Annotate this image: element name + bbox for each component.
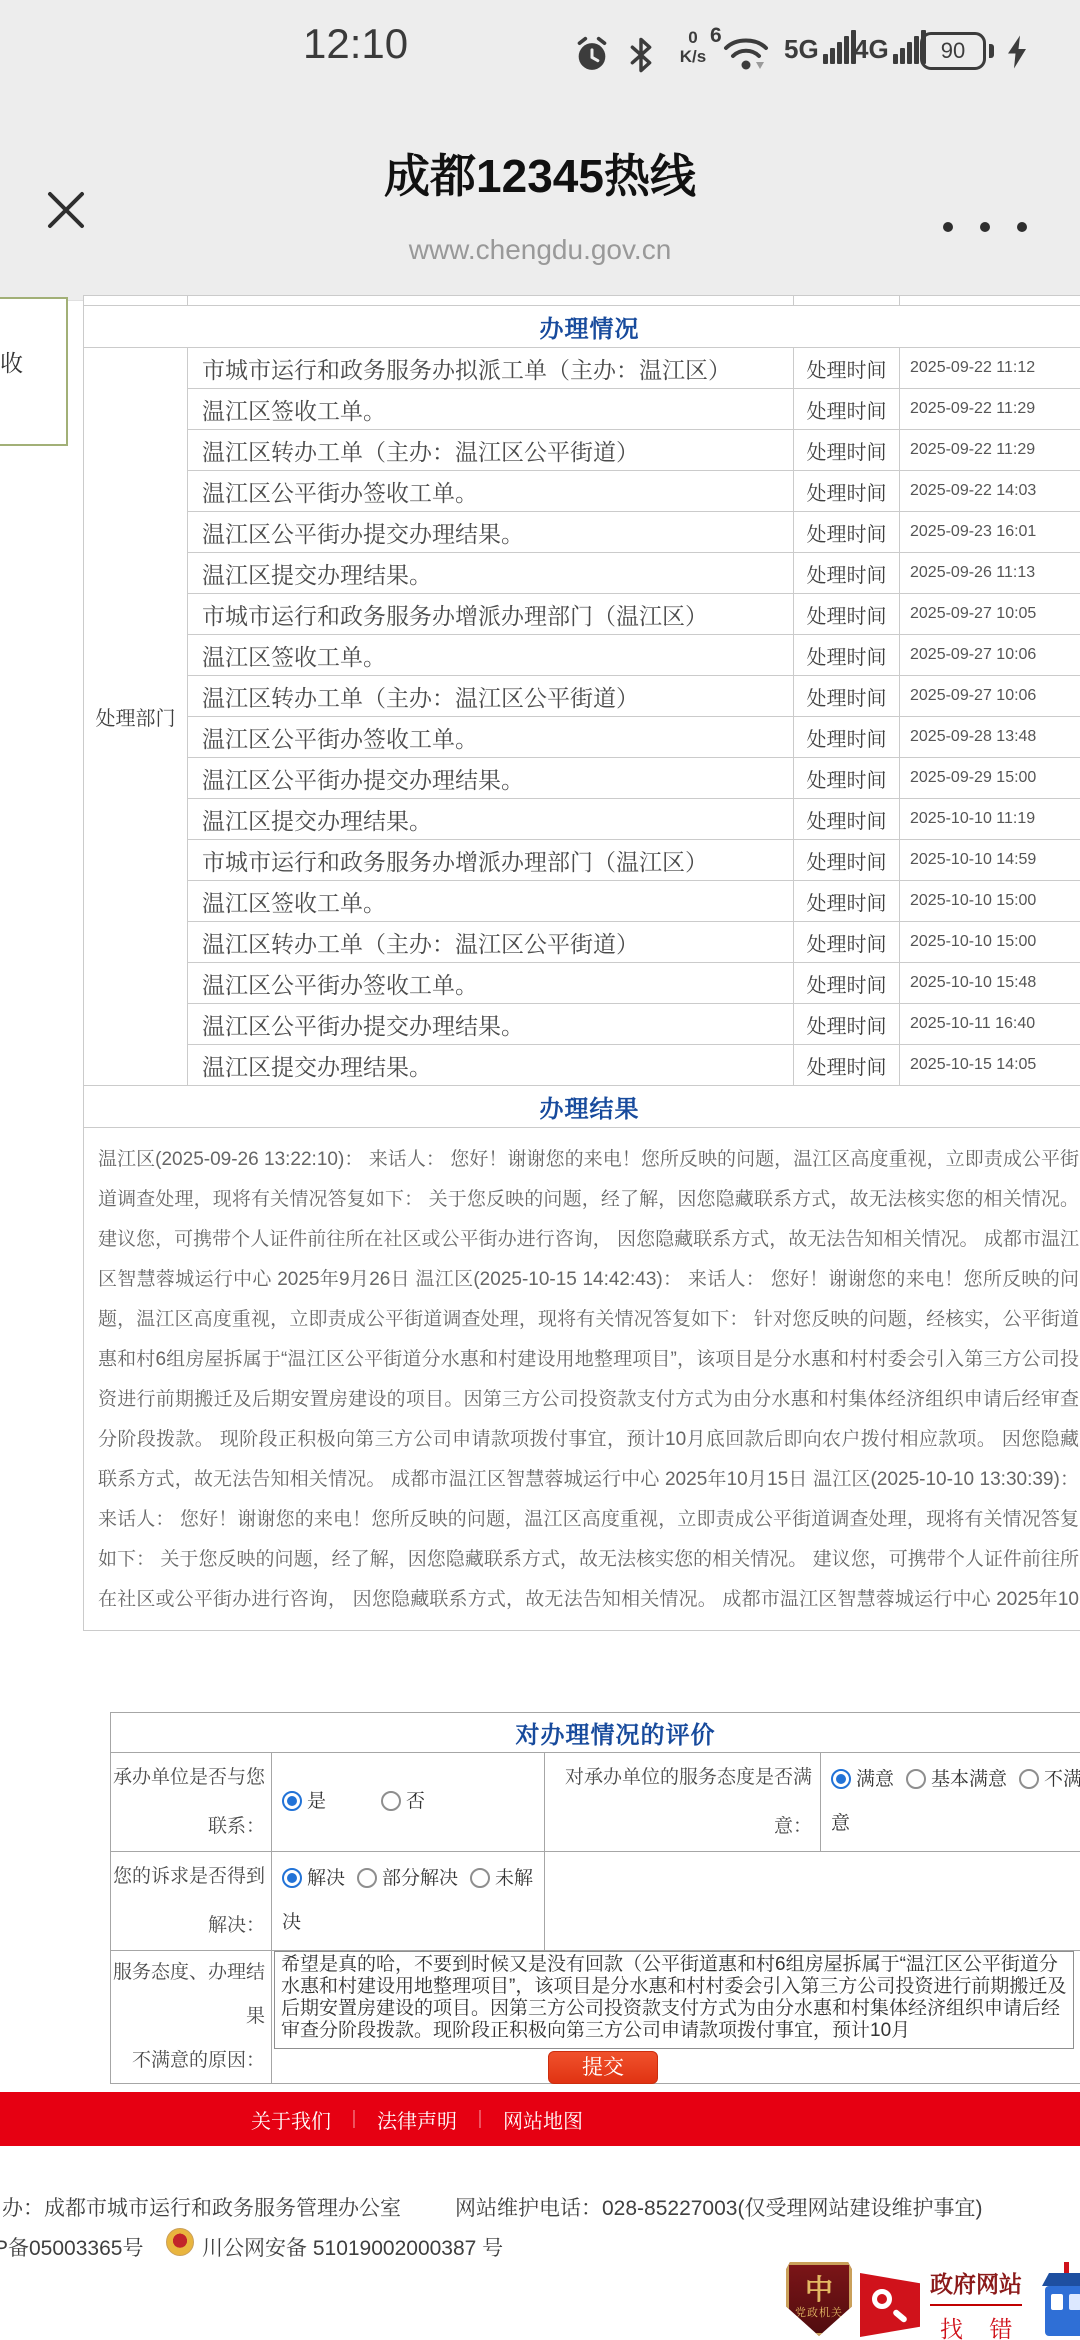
- table-row: 市城市运行和政务服务办增派办理部门（温江区）处理时间2025-09-27 10:…: [84, 594, 1080, 635]
- time-label: 处理时间: [794, 553, 900, 594]
- row-description: 温江区提交办理结果。: [188, 1045, 794, 1086]
- clipped-row: [84, 296, 1080, 306]
- footer-organizer: 办：成都市城市运行和政务服务管理办公室: [2, 2192, 401, 2222]
- find-error-badge[interactable]: 政府网站 找 错: [860, 2266, 1022, 2340]
- row-timestamp: 2025-09-22 11:12: [900, 348, 1080, 389]
- radio-unselected-icon[interactable]: [381, 1791, 401, 1811]
- row-timestamp: 2025-10-10 14:59: [900, 840, 1080, 881]
- signal-5g: 5G: [784, 30, 858, 64]
- charging-bolt-icon: [1004, 34, 1030, 70]
- fragment-text: 收: [0, 345, 23, 378]
- time-label: 处理时间: [794, 881, 900, 922]
- q4-label: 服务态度、办理结果 不满意的原因：: [111, 1951, 272, 2084]
- battery-nub: [989, 44, 994, 58]
- signal-4g: 4G: [854, 30, 928, 64]
- police-emblem-icon: [166, 2228, 194, 2256]
- evaluation-table: 对办理情况的评价 承办单位是否与您联系： 是否 对承办单位的服务态度是否满意： …: [110, 1712, 1080, 2084]
- link-separator: ｜: [471, 2106, 489, 2132]
- section-title-evaluation: 对办理情况的评价: [111, 1713, 1080, 1753]
- submit-button[interactable]: 提交: [548, 2051, 658, 2084]
- row-timestamp: 2025-10-15 14:05: [900, 1045, 1080, 1086]
- row-description: 温江区公平街办签收工单。: [188, 471, 794, 512]
- party-gov-badge[interactable]: 中 党政机关: [786, 2262, 852, 2336]
- table-row: 温江区公平街办提交办理结果。处理时间2025-10-11 16:40: [84, 1004, 1080, 1045]
- row-description: 温江区签收工单。: [188, 635, 794, 676]
- kiosk-badge-icon: [1040, 2262, 1080, 2338]
- badge-find-error-text: 找 错: [930, 2311, 1022, 2340]
- row-description: 温江区转办工单（主办：温江区公平街道）: [188, 676, 794, 717]
- table-row: 温江区提交办理结果。处理时间2025-10-10 11:19: [84, 799, 1080, 840]
- radio-selected-icon[interactable]: [282, 1791, 302, 1811]
- radio-option[interactable]: 是: [282, 1791, 326, 1812]
- time-label: 处理时间: [794, 471, 900, 512]
- time-label: 处理时间: [794, 799, 900, 840]
- row-timestamp: 2025-10-10 11:19: [900, 799, 1080, 840]
- badge-emblem: 中: [786, 2268, 852, 2308]
- row-timestamp: 2025-09-27 10:06: [900, 635, 1080, 676]
- q1-label: 承办单位是否与您联系：: [111, 1753, 272, 1852]
- radio-selected-icon[interactable]: [282, 1868, 302, 1888]
- badge-label: 党政机关: [786, 2304, 852, 2320]
- radio-selected-icon[interactable]: [831, 1769, 851, 1789]
- empty-cell: [545, 1852, 1080, 1951]
- radio-option[interactable]: 满意: [831, 1769, 894, 1790]
- row-description: 温江区签收工单。: [188, 881, 794, 922]
- row-description: 温江区公平街办提交办理结果。: [188, 758, 794, 799]
- footer-link[interactable]: 关于我们: [251, 2105, 331, 2134]
- row-description: 市城市运行和政务服务办增派办理部门（温江区）: [188, 840, 794, 881]
- radio-option[interactable]: 解决: [282, 1868, 345, 1889]
- alarm-clock-icon: [572, 34, 612, 74]
- time-label: 处理时间: [794, 758, 900, 799]
- footer-police[interactable]: 川公网安备 51019002000387 号: [202, 2232, 503, 2262]
- row-timestamp: 2025-10-10 15:48: [900, 963, 1080, 1004]
- row-timestamp: 2025-09-26 11:13: [900, 553, 1080, 594]
- row-timestamp: 2025-09-22 14:03: [900, 471, 1080, 512]
- table-row: 温江区提交办理结果。处理时间2025-10-15 14:05: [84, 1045, 1080, 1086]
- time-label: 处理时间: [794, 512, 900, 553]
- footer-link[interactable]: 法律声明: [377, 2105, 457, 2134]
- row-description: 市城市运行和政务服务办拟派工单（主办：温江区）: [188, 348, 794, 389]
- time-label: 处理时间: [794, 1004, 900, 1045]
- q3-options-cell: 解决部分解决未解决: [272, 1852, 545, 1951]
- radio-unselected-icon[interactable]: [357, 1868, 377, 1888]
- row-description: 温江区转办工单（主办：温江区公平街道）: [188, 430, 794, 471]
- row-timestamp: 2025-10-11 16:40: [900, 1004, 1080, 1045]
- footer-link[interactable]: 网站地图: [503, 2105, 583, 2134]
- row-description: 温江区提交办理结果。: [188, 799, 794, 840]
- result-cell: 温江区(2025-09-26 13:22:10)： 来话人： 您好！谢谢您的来电…: [84, 1128, 1080, 1631]
- wifi-icon: 6: [712, 26, 774, 72]
- time-label: 处理时间: [794, 922, 900, 963]
- badge-gov-site-text: 政府网站: [930, 2266, 1022, 2306]
- time-label: 处理时间: [794, 389, 900, 430]
- row-timestamp: 2025-09-28 13:48: [900, 717, 1080, 758]
- radio-unselected-icon[interactable]: [470, 1868, 490, 1888]
- row-description: 温江区提交办理结果。: [188, 553, 794, 594]
- row-timestamp: 2025-09-23 16:01: [900, 512, 1080, 553]
- row-timestamp: 2025-09-29 15:00: [900, 758, 1080, 799]
- q2-label: 对承办单位的服务态度是否满意：: [545, 1753, 821, 1852]
- time-label: 处理时间: [794, 840, 900, 881]
- row-description: 温江区公平街办签收工单。: [188, 717, 794, 758]
- page-title: 成都12345热线: [0, 140, 1080, 206]
- row-description: 温江区公平街办提交办理结果。: [188, 512, 794, 553]
- more-menu-icon[interactable]: [943, 222, 1027, 234]
- table-row: 温江区公平街办提交办理结果。处理时间2025-09-29 15:00: [84, 758, 1080, 799]
- phone-screen: 12:10 0 K/s 6 5G 4G 90: [0, 0, 1080, 2340]
- table-row: 温江区转办工单（主办：温江区公平街道）处理时间2025-10-10 15:00: [84, 922, 1080, 963]
- table-row: 温江区签收工单。处理时间2025-10-10 15:00: [84, 881, 1080, 922]
- time-label: 处理时间: [794, 430, 900, 471]
- radio-unselected-icon[interactable]: [906, 1769, 926, 1789]
- row-timestamp: 2025-10-10 15:00: [900, 881, 1080, 922]
- radio-option[interactable]: 否: [381, 1791, 425, 1812]
- page-url: www.chengdu.gov.cn: [0, 234, 1080, 266]
- footer-links: 关于我们｜法律声明｜网站地图: [0, 2092, 834, 2146]
- time-label: 处理时间: [794, 963, 900, 1004]
- row-timestamp: 2025-10-10 15:00: [900, 922, 1080, 963]
- section-title-processing: 办理情况: [84, 306, 1080, 348]
- bluetooth-icon: [626, 36, 656, 74]
- time-label: 处理时间: [794, 717, 900, 758]
- row-description: 温江区转办工单（主办：温江区公平街道）: [188, 922, 794, 963]
- table-row: 温江区公平街办提交办理结果。处理时间2025-09-23 16:01: [84, 512, 1080, 553]
- table-row: 处理部门市城市运行和政务服务办拟派工单（主办：温江区）处理时间2025-09-2…: [84, 348, 1080, 389]
- row-timestamp: 2025-09-27 10:06: [900, 676, 1080, 717]
- radio-option[interactable]: 基本满意: [906, 1769, 1007, 1790]
- q4-cell: 希望是真的哈，不要到时候又是没有回款（公平街道惠和村6组房屋拆属于“温江区公平街…: [272, 1951, 1080, 2084]
- row-description: 市城市运行和政务服务办增派办理部门（温江区）: [188, 594, 794, 635]
- battery-icon: 90: [920, 32, 986, 70]
- table-row: 温江区转办工单（主办：温江区公平街道）处理时间2025-09-22 11:29: [84, 430, 1080, 471]
- table-row: 市城市运行和政务服务办增派办理部门（温江区）处理时间2025-10-10 14:…: [84, 840, 1080, 881]
- row-timestamp: 2025-09-22 11:29: [900, 389, 1080, 430]
- time-label: 处理时间: [794, 594, 900, 635]
- table-row: 温江区公平街办签收工单。处理时间2025-09-28 13:48: [84, 717, 1080, 758]
- table-row: 温江区提交办理结果。处理时间2025-09-26 11:13: [84, 553, 1080, 594]
- time-label: 处理时间: [794, 635, 900, 676]
- q2-options-cell: 满意基本满意不满意: [821, 1753, 1080, 1852]
- dissatisfaction-reason-textarea[interactable]: 希望是真的哈，不要到时候又是没有回款（公平街道惠和村6组房屋拆属于“温江区公平街…: [274, 1951, 1074, 2049]
- radio-unselected-icon[interactable]: [1019, 1769, 1039, 1789]
- q3-label: 您的诉求是否得到解决：: [111, 1852, 272, 1951]
- table-row: 温江区公平街办签收工单。处理时间2025-10-10 15:48: [84, 963, 1080, 1004]
- time-label: 处理时间: [794, 1045, 900, 1086]
- time-label: 处理时间: [794, 676, 900, 717]
- row-timestamp: 2025-09-22 11:29: [900, 430, 1080, 471]
- q1-options: 是否: [272, 1753, 545, 1852]
- row-description: 温江区公平街办签收工单。: [188, 963, 794, 1004]
- clipped-cell-fragment: 收: [0, 297, 68, 446]
- footer-icp: P备05003365号: [0, 2232, 143, 2262]
- link-separator: ｜: [345, 2106, 363, 2132]
- table-row: 温江区签收工单。处理时间2025-09-27 10:06: [84, 635, 1080, 676]
- result-text: 温江区(2025-09-26 13:22:10)： 来话人： 您好！谢谢您的来电…: [98, 1140, 1079, 1620]
- footer-maintenance: 网站维护电话：028-85227003(仅受理网站建设维护事宜): [455, 2192, 982, 2222]
- row-group-label: 处理部门: [84, 348, 188, 1086]
- time-label: 处理时间: [794, 348, 900, 389]
- table-row: 温江区公平街办签收工单。处理时间2025-09-22 14:03: [84, 471, 1080, 512]
- radio-option[interactable]: 部分解决: [357, 1868, 458, 1889]
- table-row: 温江区转办工单（主办：温江区公平街道）处理时间2025-09-27 10:06: [84, 676, 1080, 717]
- table-row: 温江区签收工单。处理时间2025-09-22 11:29: [84, 389, 1080, 430]
- section-title-result: 办理结果: [84, 1086, 1080, 1128]
- magnifier-flag-icon: [860, 2273, 920, 2337]
- status-time: 12:10: [303, 20, 408, 68]
- row-description: 温江区公平街办提交办理结果。: [188, 1004, 794, 1045]
- processing-table: 办理情况 处理部门市城市运行和政务服务办拟派工单（主办：温江区）处理时间2025…: [83, 295, 1080, 1631]
- row-description: 温江区签收工单。: [188, 389, 794, 430]
- row-timestamp: 2025-09-27 10:05: [900, 594, 1080, 635]
